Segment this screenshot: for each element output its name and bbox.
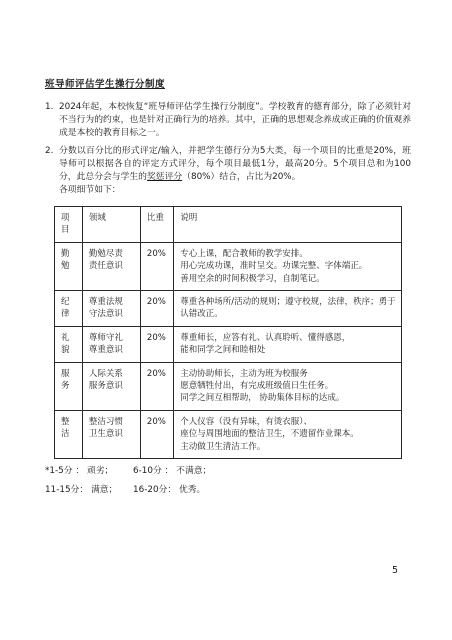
scale-range-poor: *1-5分 ： 顽劣；	[45, 465, 133, 478]
paragraph-2: 2. 分数以百分比的形式评定/输入，并把学生德行分为5大类，每一个项目的比重是2…	[45, 145, 411, 197]
cell-description: 个人仪容（没有异味，有烫衣服）、 座位与周围地面的整洁卫生，不遗留作业课本。 主…	[174, 410, 402, 458]
cell-item: 整洁	[55, 410, 83, 458]
cell-weight: 20%	[140, 242, 173, 290]
cell-domain: 尊师守礼 尊重意识	[82, 326, 140, 362]
paragraph-1-text: 2024年起，本校恢复“班导师评估学生操行分制度”。学校教育的德育部分，除了必须…	[59, 101, 411, 140]
paragraph-2-number: 2.	[45, 145, 59, 197]
paragraph-1-number: 1.	[45, 101, 59, 140]
cell-description: 尊重师长，应答有礼、认真聆听、懂得感恩， 能和同学之间和睦相处	[174, 326, 402, 362]
column-header-description: 说明	[174, 207, 402, 243]
cell-weight: 20%	[140, 326, 173, 362]
cell-domain: 尊重法规 守法意识	[82, 291, 140, 327]
cell-item: 礼貌	[55, 326, 83, 362]
paragraph-1: 1. 2024年起，本校恢复“班导师评估学生操行分制度”。学校教育的德育部分，除…	[45, 101, 411, 140]
conduct-rubric-table: 项目 领域 比重 说明 勤勉 勤勉尽责 责任意识 20% 专心上课，配合教师的教…	[54, 206, 402, 459]
table-header-row: 项目 领域 比重 说明	[55, 207, 402, 243]
underlined-term: 奖惩评分	[147, 172, 182, 182]
document-page: 班导师评估学生操行分制度 1. 2024年起，本校恢复“班导师评估学生操行分制度…	[0, 0, 452, 640]
cell-domain: 勤勉尽责 责任意识	[82, 242, 140, 290]
column-header-item: 项目	[55, 207, 83, 243]
table-row: 服务 人际关系 服务意识 20% 主动协助师长，主动为班为校服务 愿意牺牲付出，…	[55, 362, 402, 410]
cell-description: 主动协助师长，主动为班为校服务 愿意牺牲付出，有完成班级值日生任务。 同学之间互…	[174, 362, 402, 410]
table-row: 纪律 尊重法规 守法意识 20% 尊重各种场所/活动的规则；遵守校规，法律，秩序…	[55, 291, 402, 327]
grading-scale: *1-5分 ： 顽劣； 6-10分 ： 不满意； 11-15分： 满意； 16-…	[45, 465, 411, 497]
column-header-domain: 领域	[82, 207, 140, 243]
table-row: 整洁 整洁习惯 卫生意识 20% 个人仪容（没有异味，有烫衣服）、 座位与周围地…	[55, 410, 402, 458]
cell-weight: 20%	[140, 291, 173, 327]
document-title: 班导师评估学生操行分制度	[45, 76, 411, 90]
grading-scale-line-2: 11-15分： 满意； 16-20分： 优秀。	[45, 484, 411, 497]
cell-description: 专心上课，配合教师的教学安排。 用心完成功课，准时呈交。功课完整、字体端正。 善…	[174, 242, 402, 290]
scale-range-excellent: 16-20分： 优秀。	[133, 484, 205, 497]
cell-domain: 人际关系 服务意识	[82, 362, 140, 410]
cell-weight: 20%	[140, 362, 173, 410]
paragraph-2-segment-after: （80%）结合，占比为20%。	[182, 172, 300, 182]
cell-domain: 整洁习惯 卫生意识	[82, 410, 140, 458]
scale-range-satisfactory: 11-15分： 满意；	[45, 484, 133, 497]
cell-weight: 20%	[140, 410, 173, 458]
cell-description: 尊重各种场所/活动的规则；遵守校规，法律，秩序；勇于认错改正。	[174, 291, 402, 327]
cell-item: 服务	[55, 362, 83, 410]
page-number: 5	[392, 565, 398, 576]
table-row: 礼貌 尊师守礼 尊重意识 20% 尊重师长，应答有礼、认真聆听、懂得感恩， 能和…	[55, 326, 402, 362]
column-header-weight: 比重	[140, 207, 173, 243]
cell-item: 勤勉	[55, 242, 83, 290]
document-content: 班导师评估学生操行分制度 1. 2024年起，本校恢复“班导师评估学生操行分制度…	[45, 76, 411, 503]
grading-scale-line-1: *1-5分 ： 顽劣； 6-10分 ： 不满意；	[45, 465, 411, 478]
table-row: 勤勉 勤勉尽责 责任意识 20% 专心上课，配合教师的教学安排。 用心完成功课，…	[55, 242, 402, 290]
details-intro-line: 各项细节如下：	[59, 184, 411, 197]
paragraph-2-text: 分数以百分比的形式评定/输入，并把学生德行分为5大类，每一个项目的比重是20%，…	[59, 145, 411, 197]
cell-item: 纪律	[55, 291, 83, 327]
scale-range-unsatisfactory: 6-10分 ： 不满意；	[133, 465, 211, 478]
